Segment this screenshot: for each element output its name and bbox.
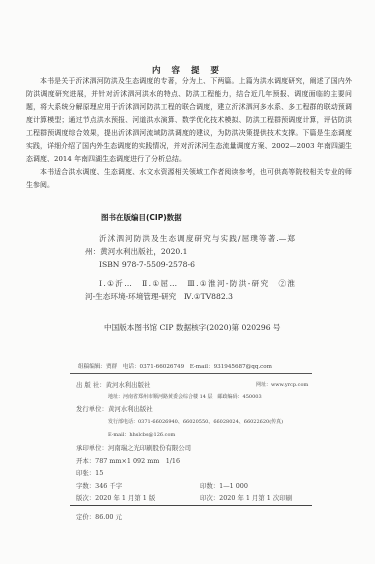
editor-contact: 组稿编辑：贾群 电话：0371-66026749 E-mail：93194568… <box>78 362 318 370</box>
cip-publisher-line: 州：黄河水利出版社，2020.1 <box>85 245 295 258</box>
word-count: 字数：346 千字 <box>76 481 316 490</box>
summary-body: 本书是关于沂沭泗河防洪及生态调度的专著，分为上、下两篇。上篇为洪水调度研究，阐述… <box>26 75 352 192</box>
cip-title-line: 沂沭泗河防洪及生态调度研究与实践/屈璞等著.—郑 <box>85 232 295 245</box>
divider <box>70 505 312 506</box>
cip-classification-line: 河-生态环境-环境管理-研究 Ⅳ.①TV882.3 <box>85 290 295 303</box>
print-run: 印数：1—1 000 <box>200 481 248 490</box>
address: 地址：河南省郑州市顺河路黄委会综合楼 14 层 邮政编码：450003 <box>108 393 348 400</box>
email: E-mail：hhslcbs@126.com <box>108 431 348 438</box>
cip-heading: 图书在版编目(CIP)数据 <box>101 212 182 223</box>
cip-isbn: ISBN 978-7-5509-2578-6 <box>85 258 295 271</box>
summary-paragraph: 本书适合洪水调度、生态调度、水文水资源相关领域工作者阅读参考，也可供高等院校相关… <box>26 166 352 192</box>
distributor: 发行单位：黄河水利出版社 <box>76 404 316 413</box>
cip-classification-line: Ⅰ.①沂… Ⅱ.①屈… Ⅲ.①淮河-防洪-研究 ②淮 <box>85 277 295 290</box>
cip-block: 沂沭泗河防洪及生态调度研究与实践/屈璞等著.—郑 州：黄河水利出版社，2020.… <box>85 232 295 303</box>
impression: 印次：2020 年 1 月第 1 次印刷 <box>200 493 292 502</box>
divider <box>70 373 312 374</box>
website: 网址：www.yrcp.com <box>256 381 308 388</box>
cip-record-number: 中国版本图书馆 CIP 数据核字(2020)第 020296 号 <box>104 322 281 333</box>
printer: 承印单位：河南瑞之光印刷股份有限公司 <box>76 443 316 452</box>
distribution-phones: 发行部电话：0371-66026940、66020550、66028024、66… <box>108 418 348 425</box>
format: 开本：787 mm×1 092 mm 1/16 <box>76 456 316 465</box>
summary-paragraph: 本书是关于沂沭泗河防洪及生态调度的专著，分为上、下两篇。上篇为洪水调度研究，阐述… <box>26 75 352 166</box>
sheets: 印张：15 <box>76 468 316 477</box>
price: 定价：86.00 元 <box>76 512 316 521</box>
